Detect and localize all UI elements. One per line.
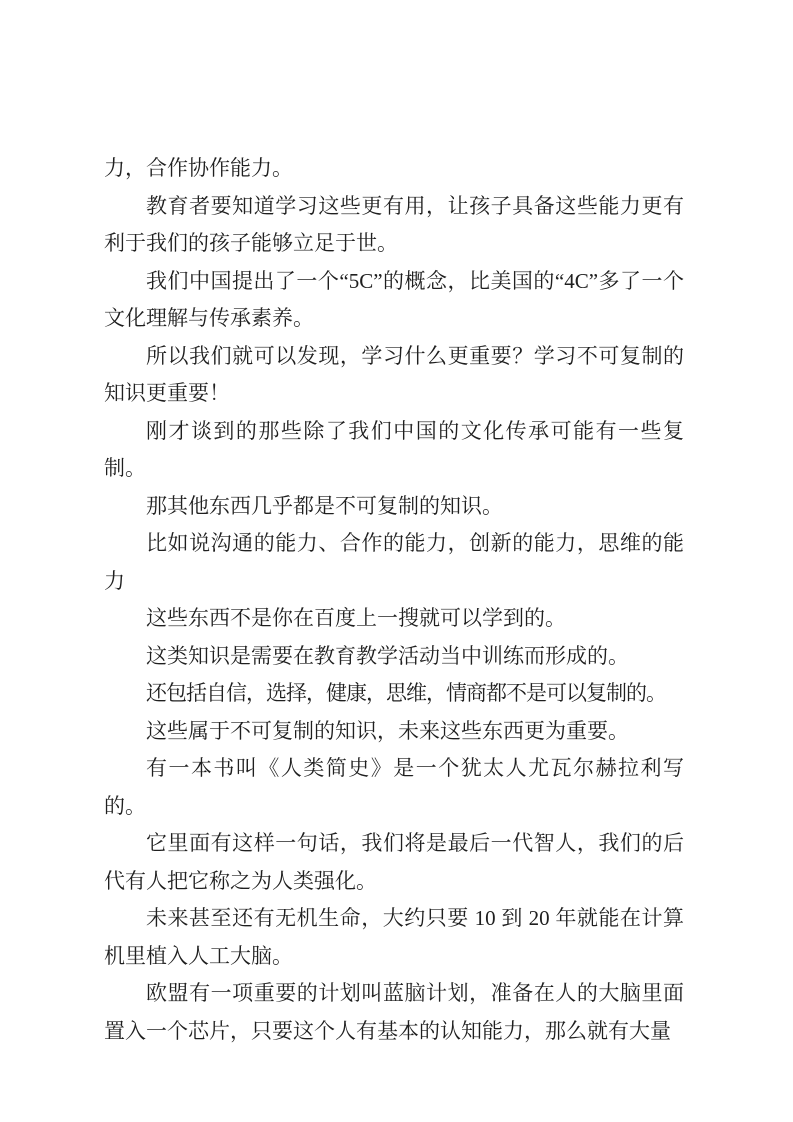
paragraph: 刚才谈到的那些除了我们中国的文化传承可能有一些复制。 xyxy=(104,413,684,488)
paragraph: 所以我们就可以发现，学习什么更重要？学习不可复制的知识更重要！ xyxy=(104,338,684,413)
paragraph: 有一本书叫《人类简史》是一个犹太人尤瓦尔赫拉利写的。 xyxy=(104,750,684,825)
paragraph: 这类知识是需要在教育教学活动当中训练而形成的。 xyxy=(104,638,684,676)
document-text-body: 力，合作协作能力。教育者要知道学习这些更有用，让孩子具备这些能力更有利于我们的孩… xyxy=(104,150,684,1050)
paragraph: 教育者要知道学习这些更有用，让孩子具备这些能力更有利于我们的孩子能够立足于世。 xyxy=(104,188,684,263)
paragraph: 这些属于不可复制的知识，未来这些东西更为重要。 xyxy=(104,713,684,751)
paragraph: 那其他东西几乎都是不可复制的知识。 xyxy=(104,488,684,526)
paragraph: 比如说沟通的能力、合作的能力，创新的能力，思维的能力 xyxy=(104,525,684,600)
paragraph: 这些东西不是你在百度上一搜就可以学到的。 xyxy=(104,600,684,638)
paragraph: 它里面有这样一句话，我们将是最后一代智人，我们的后代有人把它称之为人类强化。 xyxy=(104,825,684,900)
document-page: 力，合作协作能力。教育者要知道学习这些更有用，让孩子具备这些能力更有利于我们的孩… xyxy=(0,0,793,1122)
paragraph: 力，合作协作能力。 xyxy=(104,150,684,188)
paragraph: 欧盟有一项重要的计划叫蓝脑计划，准备在人的大脑里面置入一个芯片，只要这个人有基本… xyxy=(104,975,684,1050)
paragraph: 我们中国提出了一个“5C”的概念，比美国的“4C”多了一个文化理解与传承素养。 xyxy=(104,263,684,338)
paragraph: 还包括自信，选择，健康，思维，情商都不是可以复制的。 xyxy=(104,675,684,713)
paragraph: 未来甚至还有无机生命，大约只要 10 到 20 年就能在计算机里植入人工大脑。 xyxy=(104,900,684,975)
